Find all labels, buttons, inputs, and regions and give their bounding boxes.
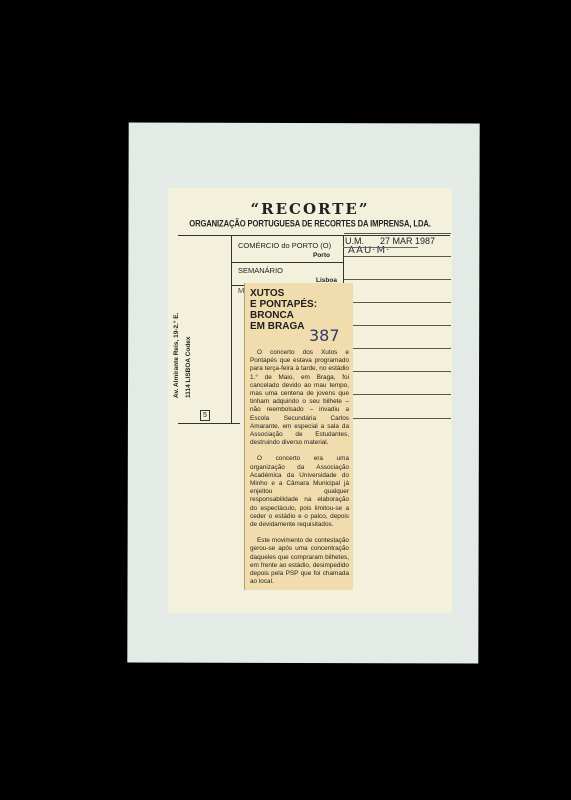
right-line (344, 302, 451, 303)
address-line-2: 1114 LISBOA Codex (183, 258, 195, 398)
right-line (344, 418, 451, 419)
headline-line: BRONCA (250, 310, 317, 321)
address-line-1: Av. Almirante Reis, 19-2.° E. (171, 258, 183, 398)
article-body: O concerto dos Xutos e Pontapés que esta… (250, 349, 349, 594)
headline-line: E PONTAPÉS: (250, 299, 317, 310)
right-line (344, 279, 451, 280)
left-bottom-rule (178, 423, 240, 424)
newspaper-clipping: XUTOS E PONTAPÉS: BRONCA EM BRAGA 387 O … (244, 283, 353, 590)
headline-line: EM BRAGA (250, 321, 317, 332)
right-line (344, 394, 451, 395)
date-divider (343, 235, 344, 285)
row-rule (231, 262, 343, 263)
publication-city: Porto (313, 252, 330, 259)
column-divider (231, 235, 232, 423)
right-line (344, 325, 451, 326)
right-line (344, 233, 451, 234)
page-number-box: 5 (200, 410, 210, 421)
stamp-rule (343, 247, 418, 248)
headline-line: XUTOS (250, 288, 317, 299)
right-line (344, 371, 451, 372)
publication-name: SEMANÁRIO (238, 266, 283, 275)
article-paragraph: O concerto dos Xutos e Pontapés que esta… (250, 349, 349, 447)
handwritten-number: 387 (309, 326, 340, 345)
organization-name: ORGANIZAÇÃO PORTUGUESA DE RECORTES DA IM… (168, 218, 452, 229)
brand-title: “RECORTE” (168, 200, 452, 218)
article-paragraph: O concerto era uma organização da Associ… (250, 455, 349, 529)
right-line (344, 256, 451, 257)
right-line (344, 348, 451, 349)
article-paragraph: Este movimento de contestação gerou-se a… (250, 537, 349, 586)
publication-name: COMÉRCIO do PORTO (O) (238, 241, 331, 250)
address-block: Av. Almirante Reis, 19-2.° E. 1114 LISBO… (171, 258, 195, 398)
clipping-headline: XUTOS E PONTAPÉS: BRONCA EM BRAGA (250, 288, 317, 332)
